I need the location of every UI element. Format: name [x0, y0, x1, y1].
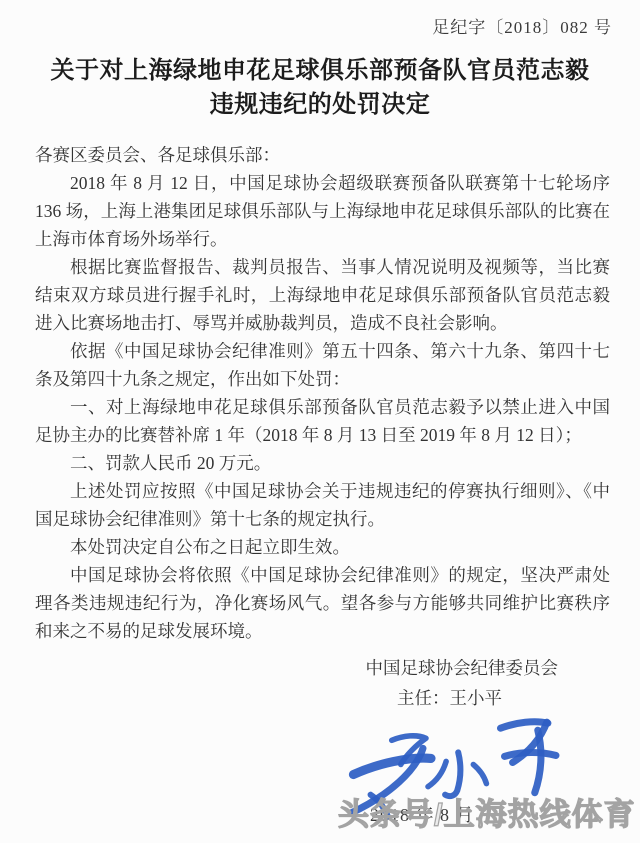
title-line-1: 关于对上海绿地申花足球俱乐部预备队官员范志毅: [30, 54, 610, 88]
salutation: 各赛区委员会、各足球俱乐部：: [35, 141, 610, 169]
paragraph-incident: 根据比赛监督报告、裁判员报告、当事人情况说明及视频等，当比赛结束双方球员进行握手…: [35, 253, 610, 337]
paragraph-penalty-1: 一、对上海绿地申花足球俱乐部预备队官员范志毅予以禁止进入中国足协主办的比赛替补席…: [35, 393, 610, 449]
document-page: 足纪字〔2018〕082 号 关于对上海绿地申花足球俱乐部预备队官员范志毅 违规…: [0, 0, 640, 843]
paragraph-effective: 本处罚决定自公布之日起立即生效。: [35, 533, 610, 561]
paragraph-legal-basis: 依据《中国足球协会纪律准则》第五十四条、第六十九条、第四十七条及第四十九条之规定…: [35, 337, 610, 393]
title-line-2: 违规违纪的处罚决定: [30, 88, 610, 122]
signoff-block: 中国足球协会纪律委员会 主任：王小平: [35, 653, 610, 713]
watermark-toutiao-shanghai-hotline-sports: 头条号/上海热线体育: [338, 789, 636, 834]
document-title: 关于对上海绿地申花足球俱乐部预备队官员范志毅 违规违纪的处罚决定: [30, 54, 610, 122]
paragraph-penalty-2: 二、罚款人民币 20 万元。: [35, 449, 610, 477]
paragraph-closing: 中国足球协会将依照《中国足球协会纪律准则》的规定，坚决严肃处理各类违规违纪行为，…: [35, 561, 610, 645]
paragraph-execution: 上述处罚应按照《中国足球协会关于违规违纪的停赛执行细则》、《中国足球协会纪律准则…: [35, 477, 610, 533]
signoff-person: 主任：王小平: [35, 683, 610, 713]
doc-number: 足纪字〔2018〕082 号: [0, 0, 640, 38]
document-body: 各赛区委员会、各足球俱乐部： 2018 年 8 月 12 日，中国足球协会超级联…: [35, 141, 610, 713]
signoff-organization: 中国足球协会纪律委员会: [35, 653, 610, 683]
paragraph-match-info: 2018 年 8 月 12 日，中国足球协会超级联赛预备队联赛第十七轮场序 13…: [35, 169, 610, 253]
